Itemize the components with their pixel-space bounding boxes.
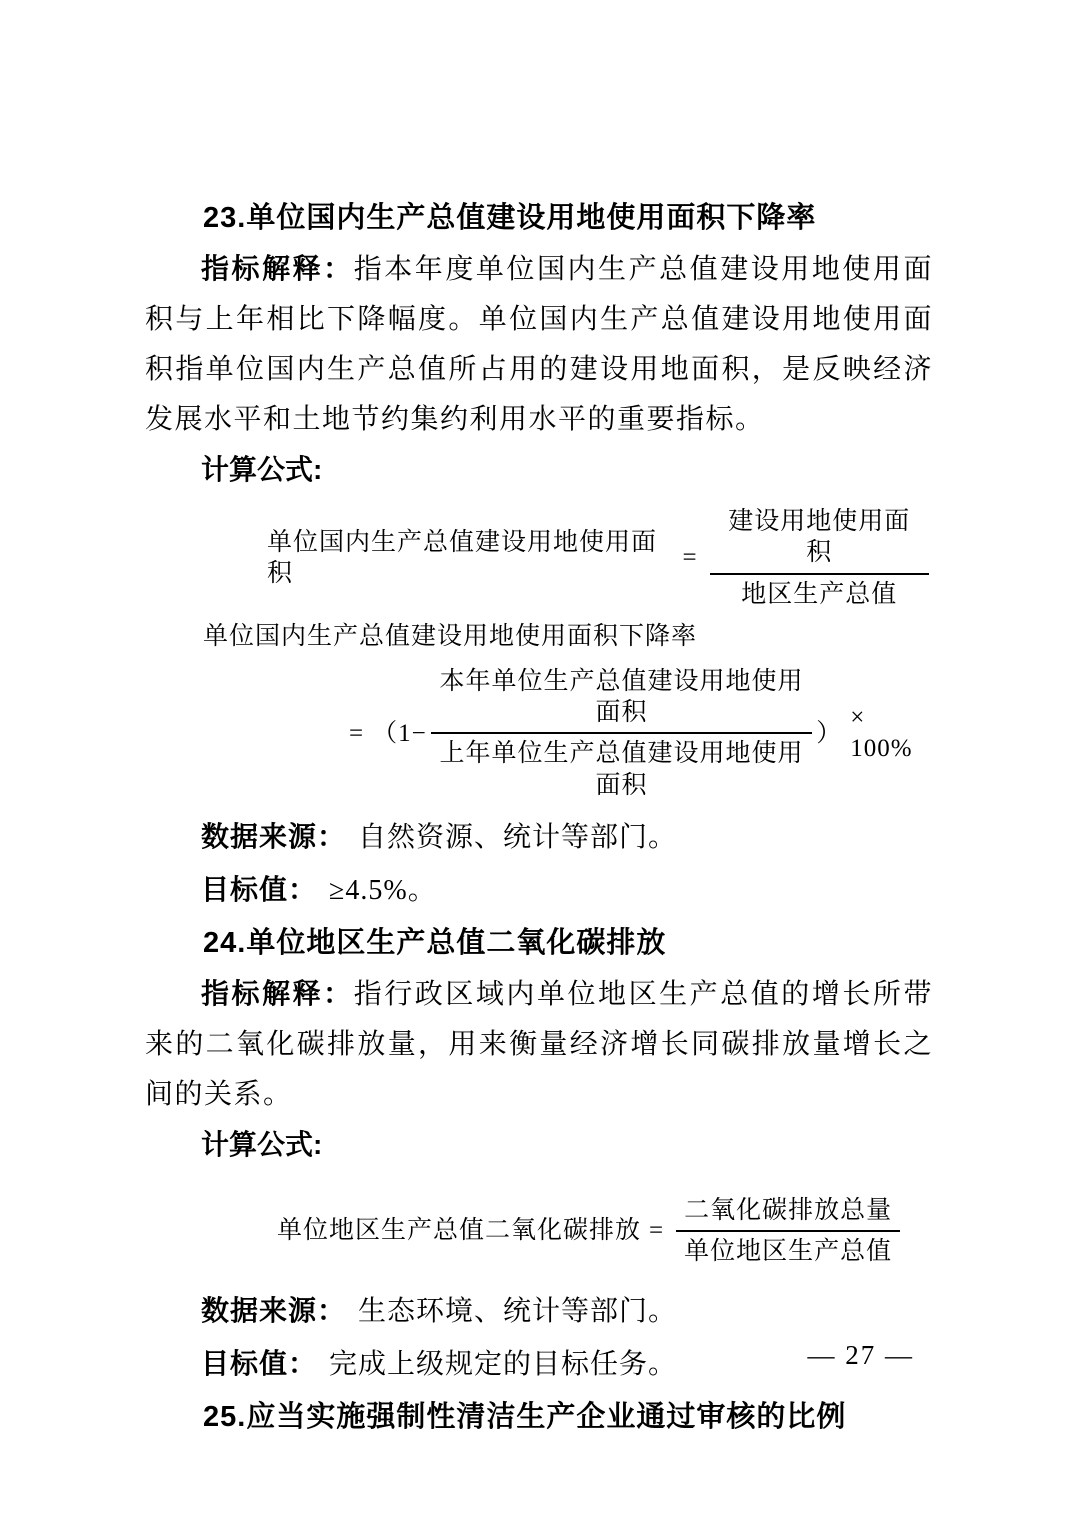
section-23-data-source: 数据来源：自然资源、统计等部门。 (145, 811, 933, 864)
times-100-percent: × 100% (850, 702, 925, 765)
formula-decline-rate: = （1− 本年单位生产总值建设用地使用面积 上年单位生产总值建设用地使用面积 … (341, 666, 933, 801)
fraction-numerator: 二氧化碳排放总量 (676, 1195, 900, 1232)
section-24-definition: 指标解释：指行政区域内单位地区生产总值的增长所带来的二氧化碳排放量，用来衡量经济… (145, 969, 933, 1120)
target-value-label: 目标值： (201, 874, 317, 905)
target-value-label: 目标值： (201, 1348, 317, 1379)
formula-decline-rate-lhs: 单位国内生产总值建设用地使用面积下降率 (203, 614, 933, 660)
section-25-heading: 25.应当实施强制性清洁生产企业通过审核的比例 (145, 1391, 933, 1443)
fraction-denominator: 上年单位生产总值建设用地使用面积 (431, 734, 812, 801)
section-24-formula-label: 计算公式: (145, 1120, 933, 1171)
formula-lhs: 单位国内生产总值建设用地使用面积 (267, 527, 674, 590)
section-23-target-value: 目标值：≥4.5%。 (145, 864, 933, 917)
fraction-denominator: 地区生产总值 (710, 575, 929, 610)
document-page: 23.单位国内生产总值建设用地使用面积下降率 指标解释：指本年度单位国内生产总值… (0, 0, 1074, 1520)
fraction-numerator: 建设用地使用面积 (710, 506, 929, 575)
fraction: 本年单位生产总值建设用地使用面积 上年单位生产总值建设用地使用面积 (431, 666, 812, 801)
section-23-definition: 指标解释：指本年度单位国内生产总值建设用地使用面积与上年相比下降幅度。单位国内生… (145, 244, 933, 445)
data-source-text: 自然资源、统计等部门。 (358, 822, 677, 853)
section-23-formula-label: 计算公式: (145, 445, 933, 496)
section-24-data-source: 数据来源：生态环境、统计等部门。 (145, 1285, 933, 1338)
equals-sign: = (682, 542, 697, 573)
open-paren: （1− (372, 718, 427, 749)
page-number: — 27 — (808, 1340, 915, 1371)
section-23: 23.单位国内生产总值建设用地使用面积下降率 指标解释：指本年度单位国内生产总值… (145, 192, 933, 917)
fraction-denominator: 单位地区生产总值 (676, 1232, 900, 1267)
formula-co2-per-gdp: 单位地区生产总值二氧化碳排放 = 二氧化碳排放总量 单位地区生产总值 (277, 1195, 933, 1268)
target-value-text: 完成上级规定的目标任务。 (329, 1349, 677, 1380)
equals-sign: = (349, 718, 364, 749)
section-24: 24.单位地区生产总值二氧化碳排放 指标解释：指行政区域内单位地区生产总值的增长… (145, 917, 933, 1392)
data-source-text: 生态环境、统计等部门。 (358, 1296, 677, 1327)
target-value-text: ≥4.5%。 (329, 875, 437, 906)
formula-land-use-per-gdp: 单位国内生产总值建设用地使用面积 = 建设用地使用面积 地区生产总值 (267, 506, 933, 610)
data-source-label: 数据来源： (201, 1295, 346, 1326)
section-24-heading: 24.单位地区生产总值二氧化碳排放 (145, 917, 933, 969)
data-source-label: 数据来源： (201, 821, 346, 852)
section-25: 25.应当实施强制性清洁生产企业通过审核的比例 (145, 1391, 933, 1443)
fraction-numerator: 本年单位生产总值建设用地使用面积 (431, 666, 812, 735)
equals-sign: = (649, 1215, 664, 1246)
definition-label: 指标解释： (201, 253, 354, 284)
close-paren: ） (816, 718, 842, 749)
section-23-heading: 23.单位国内生产总值建设用地使用面积下降率 (145, 192, 933, 244)
formula-lhs: 单位地区生产总值二氧化碳排放 (277, 1215, 641, 1246)
fraction: 二氧化碳排放总量 单位地区生产总值 (676, 1195, 900, 1268)
definition-label: 指标解释： (201, 978, 354, 1009)
document-content: 23.单位国内生产总值建设用地使用面积下降率 指标解释：指本年度单位国内生产总值… (145, 192, 933, 1443)
fraction: 建设用地使用面积 地区生产总值 (710, 506, 929, 610)
